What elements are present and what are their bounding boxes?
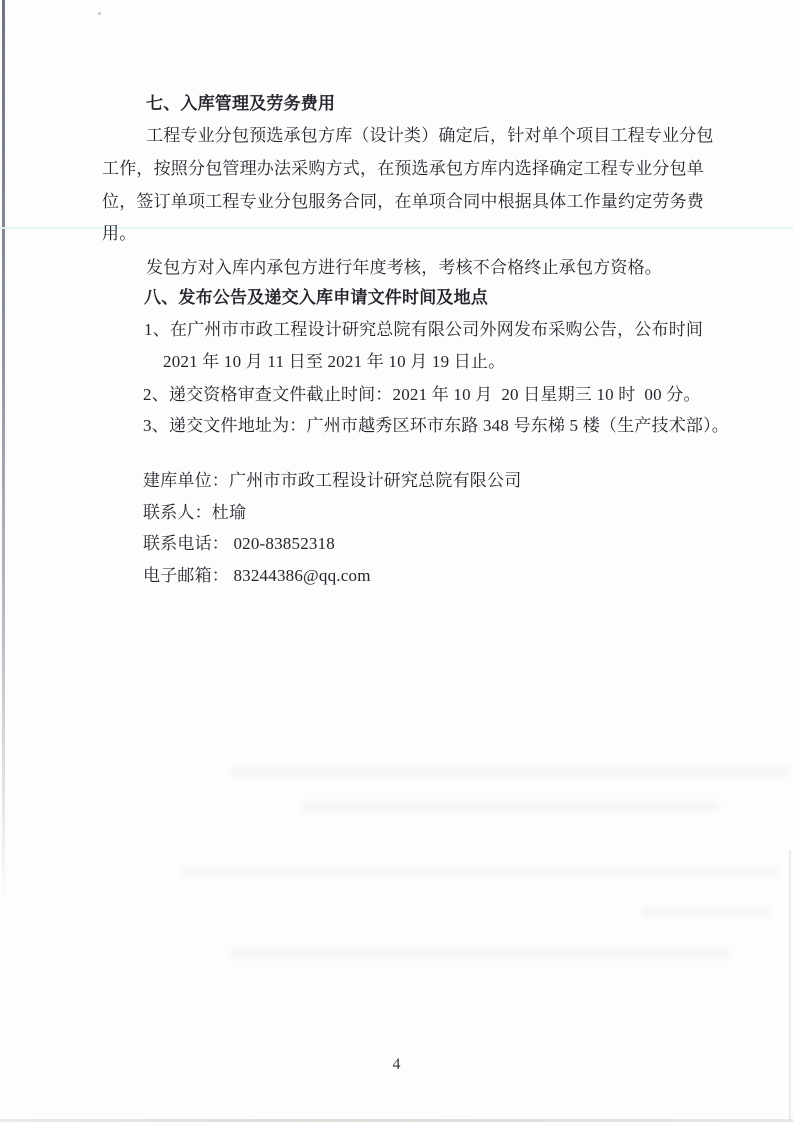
scan-edge-left-line bbox=[2, 0, 5, 900]
contact-person: 联系人：杜瑜 bbox=[143, 501, 246, 524]
section7-heading: 七、入库管理及劳务费用 bbox=[146, 92, 335, 115]
section7-paragraph2: 发包方对入库内承包方进行年度考核，考核不合格终止承包方资格。 bbox=[146, 256, 662, 279]
section8-item2: 2、递交资格审查文件截止时间：2021 年 10 月 20 日星期三 10 时 … bbox=[143, 383, 701, 406]
section8-item3: 3、递交文件地址为：广州市越秀区环市东路 348 号东梯 5 楼（生产技术部）。 bbox=[143, 414, 729, 437]
section7-paragraph1-line1: 工程专业分包预选承包方库（设计类）确定后，针对单个项目工程专业分包 bbox=[146, 124, 695, 147]
section8-heading: 八、发布公告及递交入库申请文件时间及地点 bbox=[144, 286, 488, 309]
bleed-through-smudge bbox=[300, 800, 720, 812]
contact-org: 建库单位：广州市市政工程设计研究总院有限公司 bbox=[143, 469, 521, 492]
page-number: 4 bbox=[0, 1056, 793, 1074]
bleed-through-smudge bbox=[230, 948, 730, 960]
bleed-through-smudge bbox=[230, 765, 790, 777]
section8-item1-line1: 1、在广州市市政工程设计研究总院有限公司外网发布采购公告，公布时间 bbox=[144, 318, 695, 341]
section7-paragraph1-line4: 用。 bbox=[102, 222, 136, 245]
section7-paragraph1-line3: 位，签订单项工程专业分包服务合同，在单项合同中根据具体工作量约定劳务费 bbox=[102, 190, 695, 213]
scan-edge-right-line bbox=[789, 850, 791, 1122]
contact-phone: 联系电话： 020-83852318 bbox=[143, 532, 335, 555]
bleed-through-smudge bbox=[180, 866, 780, 878]
contact-email: 电子邮箱： 83244386@qq.com bbox=[143, 564, 371, 587]
document-page: 七、入库管理及劳务费用 工程专业分包预选承包方库（设计类）确定后，针对单个项目工… bbox=[0, 0, 793, 1122]
scan-speck bbox=[98, 12, 101, 15]
section7-paragraph1-line2: 工作，按照分包管理办法采购方式，在预选承包方库内选择确定工程专业分包单 bbox=[102, 157, 695, 180]
section8-item1-line2: 2021 年 10 月 11 日至 2021 年 10 月 19 日止。 bbox=[163, 350, 505, 373]
bleed-through-smudge bbox=[640, 906, 770, 918]
